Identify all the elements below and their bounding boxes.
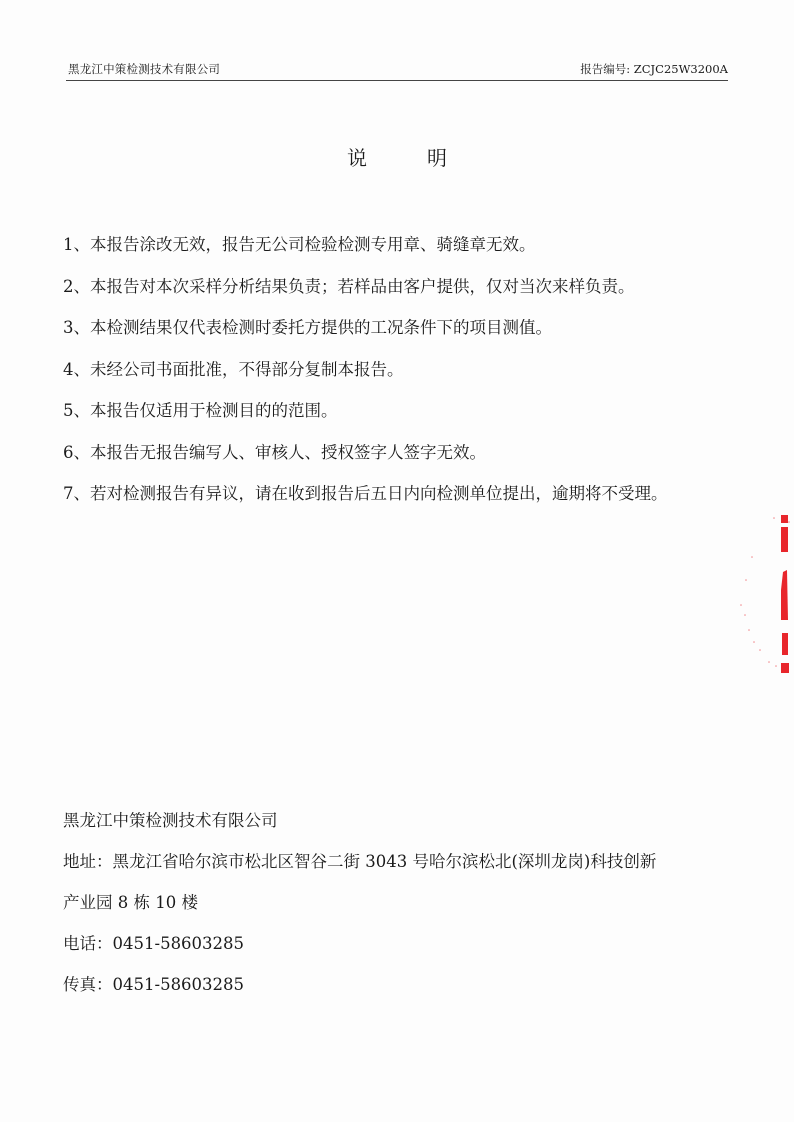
contact-block: 黑龙江中策检测技术有限公司 地址：黑龙江省哈尔滨市松北区智谷二街 3043 号哈… (63, 800, 743, 1005)
notes-list: 1、本报告涂改无效，报告无公司检验检测专用章、骑缝章无效。 2、本报告对本次采样… (63, 224, 743, 515)
seam-stamp-fragment (734, 500, 794, 680)
contact-address-line-1: 地址：黑龙江省哈尔滨市松北区智谷二街 3043 号哈尔滨松北(深圳龙岗)科技创新 (63, 841, 743, 882)
page-header: 黑龙江中策检测技术有限公司 报告编号: ZCJC25W3200A (66, 60, 728, 81)
note-item: 1、本报告涂改无效，报告无公司检验检测专用章、骑缝章无效。 (63, 224, 743, 266)
page-title: 说明 (0, 142, 794, 171)
note-item: 7、若对检测报告有异议，请在收到报告后五日内向检测单位提出，逾期将不受理。 (63, 473, 718, 515)
note-item: 6、本报告无报告编写人、审核人、授权签字人签字无效。 (63, 432, 743, 474)
header-company: 黑龙江中策检测技术有限公司 (68, 61, 220, 77)
header-report-number: 报告编号: ZCJC25W3200A (580, 61, 728, 77)
contact-phone: 电话：0451-58603285 (63, 923, 743, 964)
note-item: 4、未经公司书面批准，不得部分复制本报告。 (63, 349, 743, 391)
note-item: 5、本报告仅适用于检测目的的范围。 (63, 390, 743, 432)
report-no-value: ZCJC25W3200A (634, 62, 728, 76)
title-char-2: 明 (427, 142, 447, 171)
seal-stamp-icon (734, 500, 794, 680)
contact-fax: 传真：0451-58603285 (63, 964, 743, 1005)
contact-company: 黑龙江中策检测技术有限公司 (63, 800, 743, 841)
note-item: 3、本检测结果仅代表检测时委托方提供的工况条件下的项目测值。 (63, 307, 743, 349)
report-no-label: 报告编号: (580, 62, 630, 76)
title-char-1: 说 (347, 142, 367, 171)
contact-address-line-2: 产业园 8 栋 10 楼 (63, 882, 743, 923)
note-item: 2、本报告对本次采样分析结果负责；若样品由客户提供，仅对当次来样负责。 (63, 266, 743, 308)
